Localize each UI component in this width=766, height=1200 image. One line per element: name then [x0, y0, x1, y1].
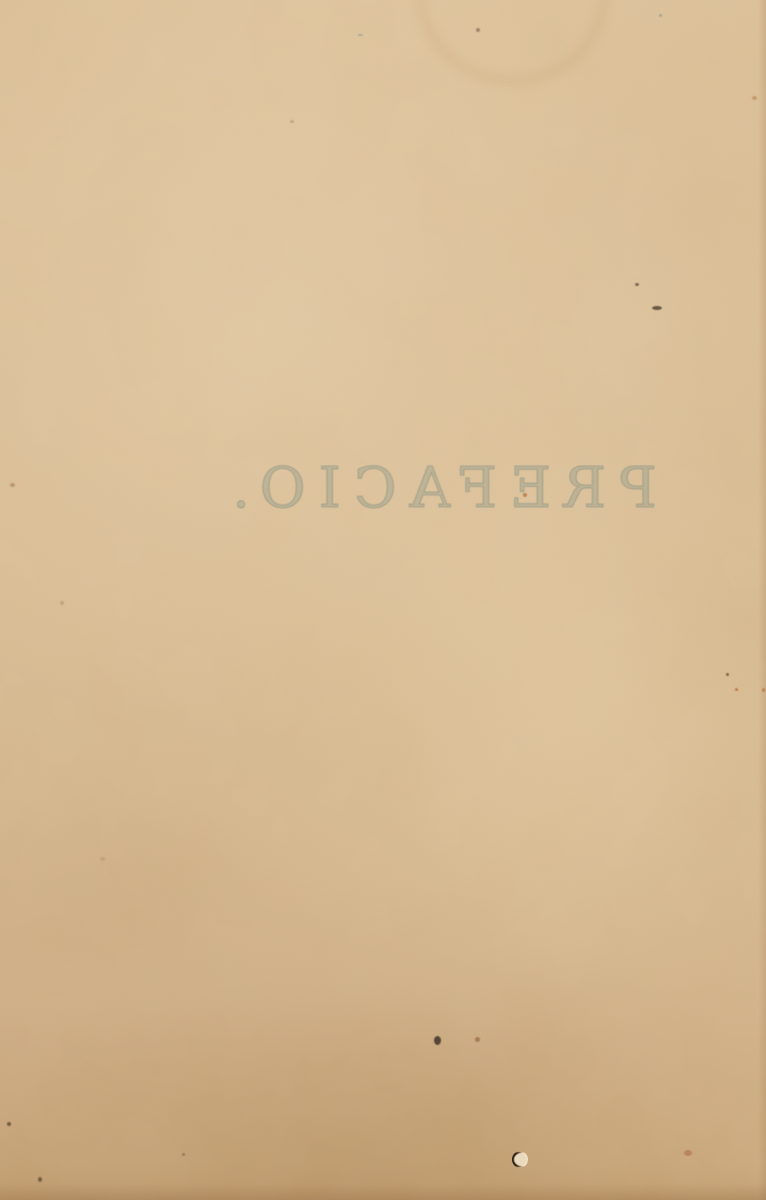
foxing-spot: [659, 14, 662, 17]
foxing-spot: [684, 1150, 692, 1156]
water-stain-ring: [416, 0, 609, 85]
foxing-spot: [60, 601, 64, 605]
foxing-spot: [290, 120, 294, 123]
scanned-page: PREFACIO.: [0, 0, 766, 1200]
foxing-spot: [735, 688, 738, 691]
foxing-spot: [652, 306, 662, 310]
foxing-spot: [475, 1037, 480, 1042]
paper-grain-texture: [0, 0, 766, 1200]
foxing-spot: [182, 1153, 185, 1156]
foxing-spot: [100, 857, 105, 861]
foxing-spot: [762, 688, 765, 692]
showthrough-text: PREFACIO.: [203, 459, 673, 519]
foxing-spot: [7, 1122, 11, 1126]
foxing-spot: [752, 96, 757, 100]
foxing-spot: [434, 1036, 441, 1045]
wormhole: [512, 1151, 528, 1168]
foxing-spot: [635, 283, 639, 286]
foxing-spot: [726, 673, 729, 676]
foxing-spot: [38, 1177, 42, 1182]
foxing-spot: [358, 34, 363, 36]
paper-artifacts: [0, 0, 766, 1200]
foxing-spot: [10, 483, 15, 487]
